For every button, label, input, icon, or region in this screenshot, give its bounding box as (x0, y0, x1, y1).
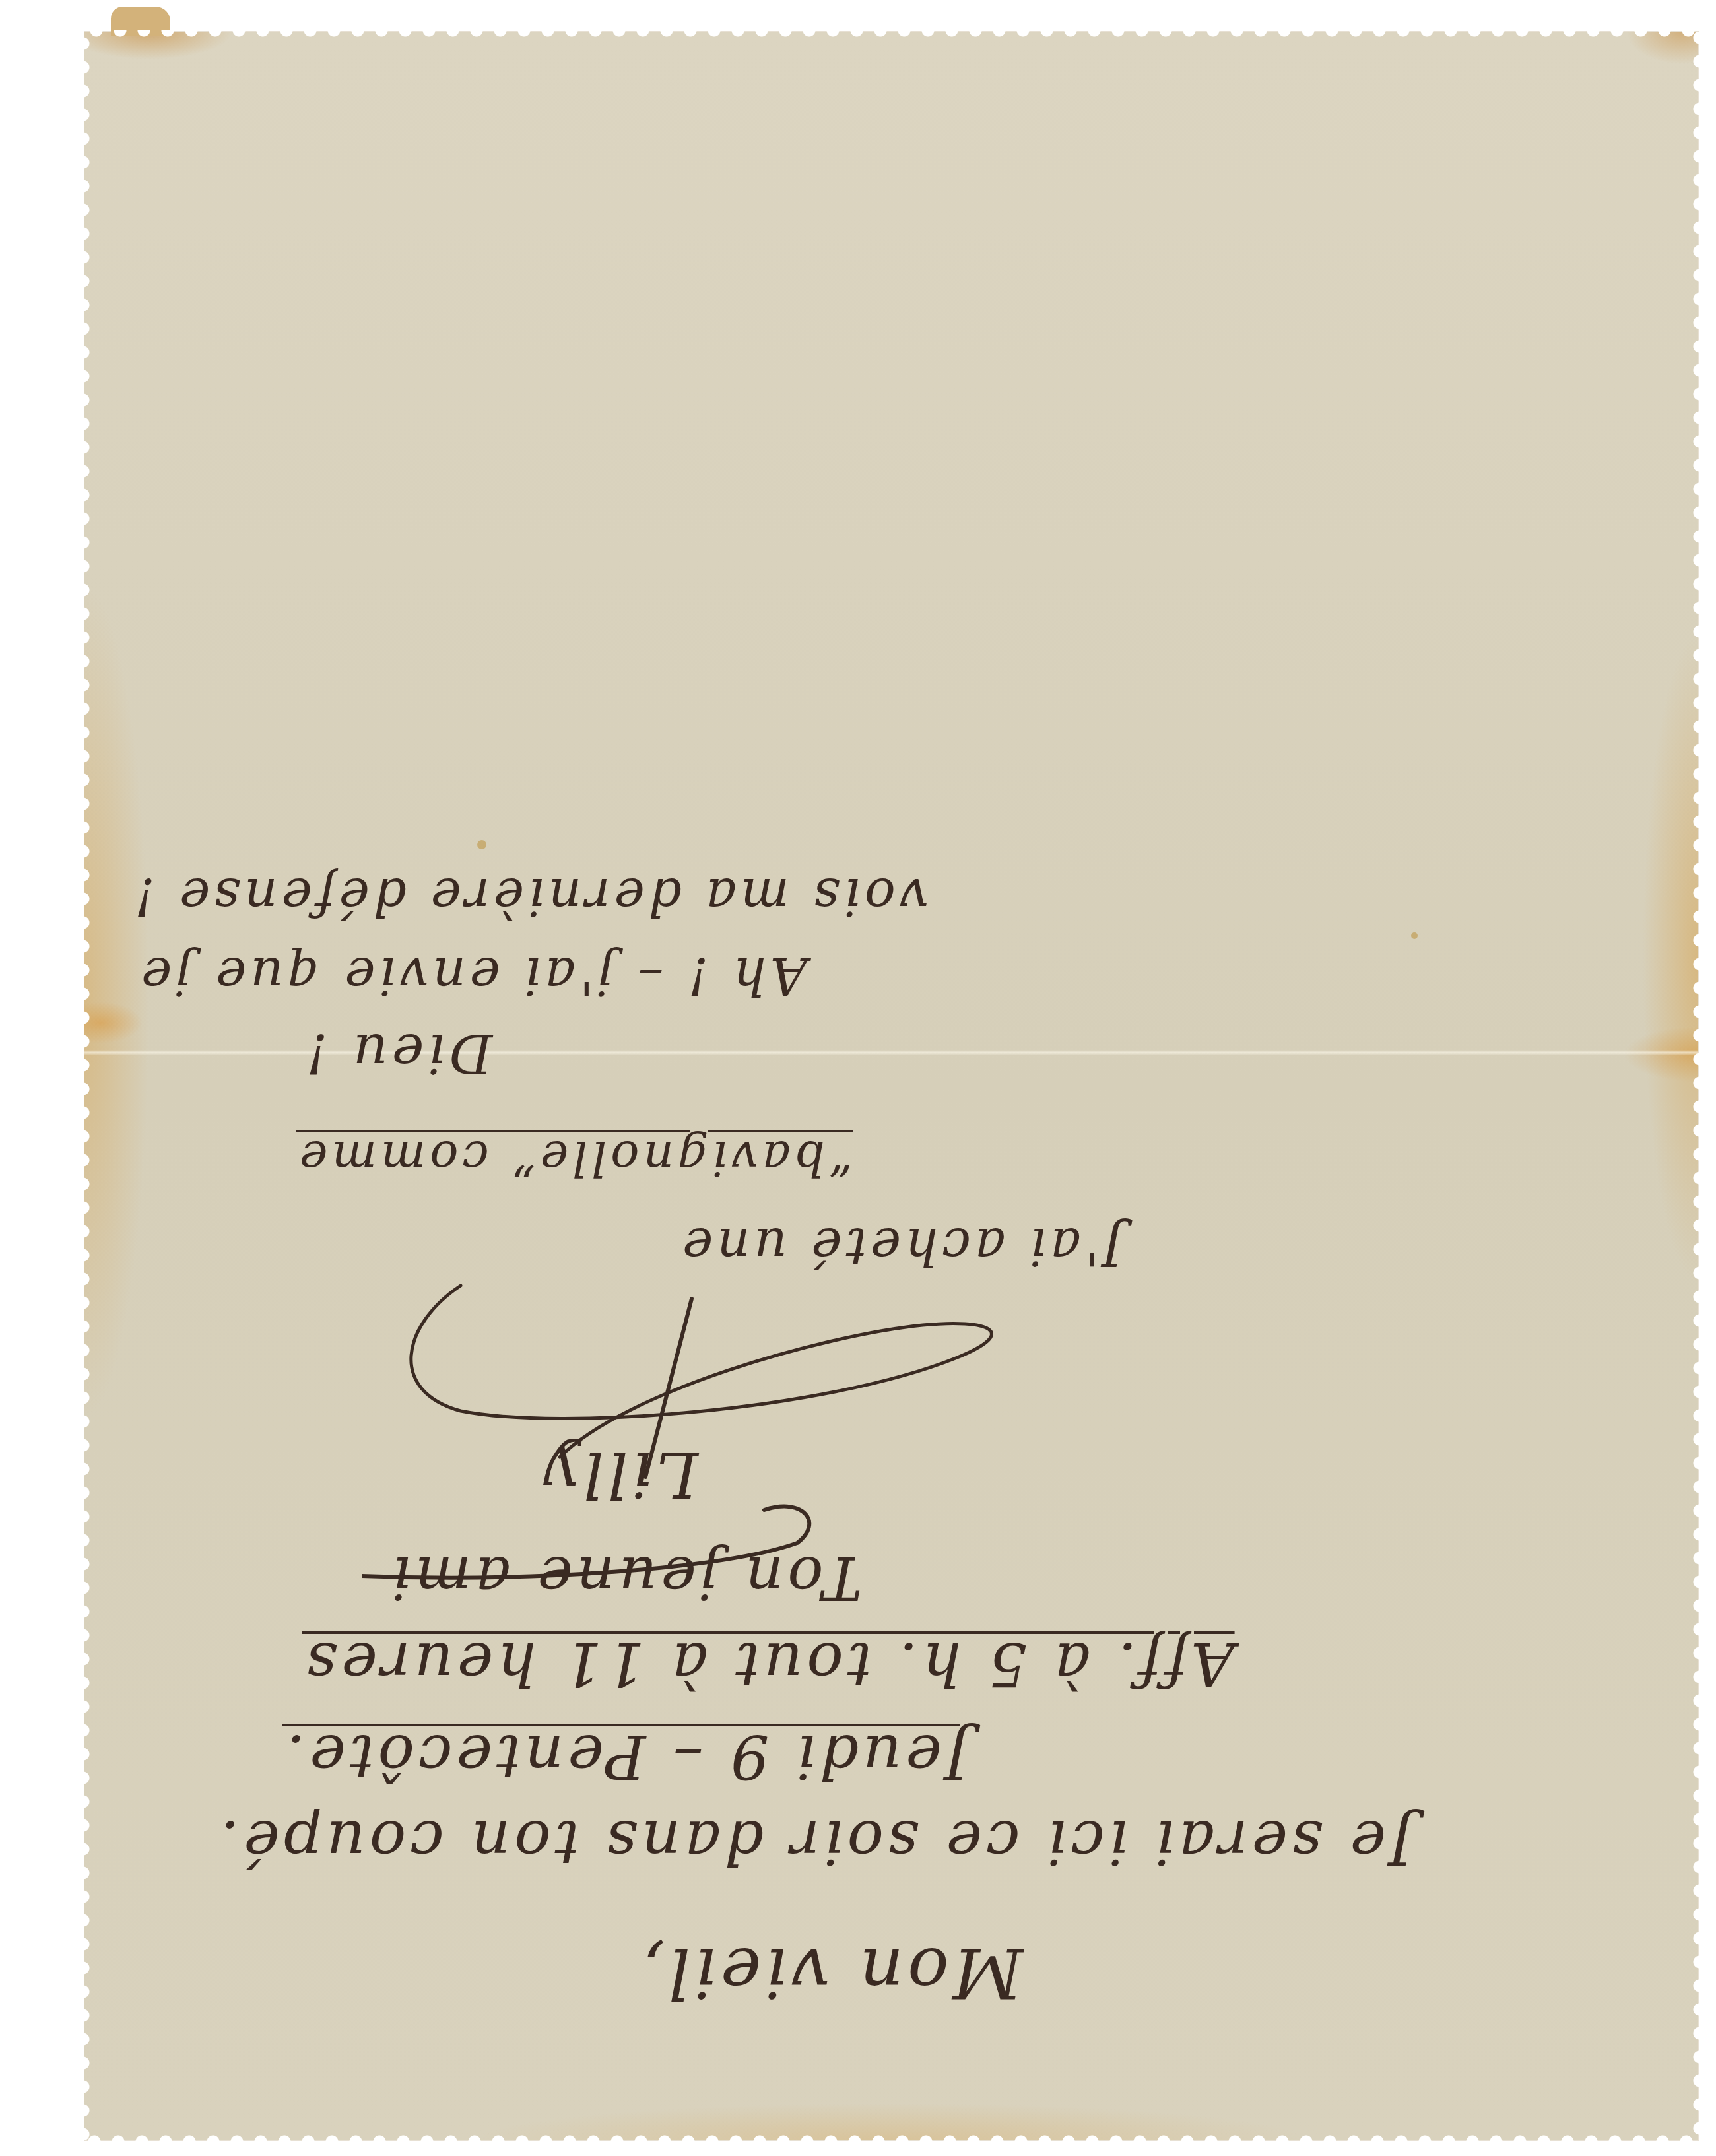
signature-flourish-icon (362, 1259, 1088, 1589)
letter-card: vois ma dernière défense ! Ah ! – j'ai e… (84, 32, 1698, 2140)
salutation: Mon vieil, (639, 1932, 1023, 2013)
body-line-3: Aff. à 5 h. tout à 11 heures (302, 1629, 1235, 1699)
postscript-line-5: vois ma dernière défense ! (131, 866, 929, 926)
foxing-spot (477, 840, 486, 849)
postscript-line-3: Dieu ! (302, 1022, 492, 1084)
perforated-edge-right (1689, 32, 1699, 2140)
foxing-spot (1411, 932, 1418, 939)
postscript-line-4: Ah ! – j'ai envie que je (137, 946, 807, 1005)
body-line-1: Je serai ici ce soir dans ton coupé. (216, 1807, 1414, 1878)
perforated-edge-left (83, 32, 94, 2140)
signature: Lilly (540, 1437, 698, 1511)
closing-line: Ton jeune ami (388, 1543, 863, 1612)
body-line-2: Jeudi 9 – Pentecôte. (282, 1721, 970, 1792)
perforated-edge-top (84, 30, 1698, 41)
perforated-edge-bottom (84, 2131, 1698, 2141)
postscript-line-2: “bavignolle” comme (296, 1130, 853, 1186)
